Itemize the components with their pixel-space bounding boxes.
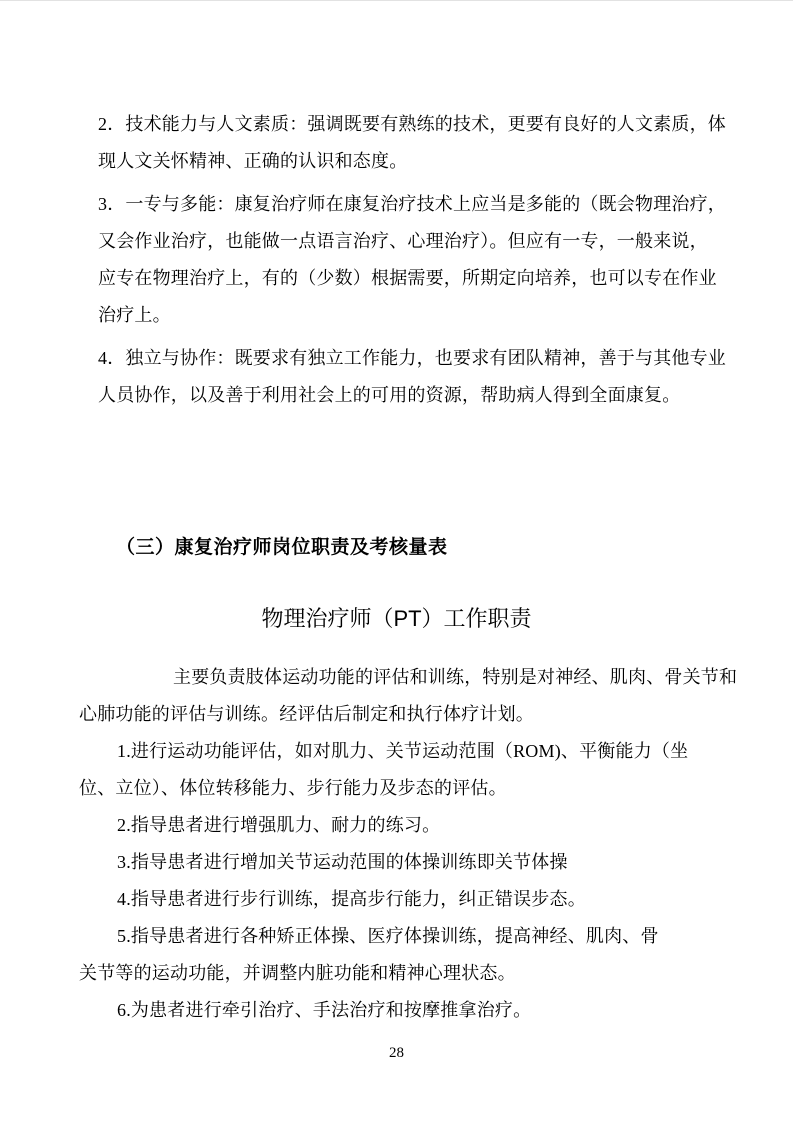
paragraph-line: 治疗上。 xyxy=(98,297,698,334)
duty-item-line: 6.为患者进行牵引治疗、手法治疗和按摩推拿治疗。 xyxy=(79,992,715,1029)
duty-item-line: 关节等的运动功能，并调整内脏功能和精神心理状态。 xyxy=(79,955,715,992)
duty-item-line: 位、立位）、体位转移能力、步行能力及步态的评估。 xyxy=(79,770,715,807)
paragraph-independence-cooperation: 4．独立与协作：既要求有独立工作能力，也要求有团队精神，善于与其他专业 人员协作… xyxy=(98,340,698,414)
duty-item-line: 5.指导患者进行各种矫正体操、医疗体操训练，提高神经、肌肉、骨 xyxy=(79,918,715,955)
section-heading: （三）康复治疗师岗位职责及考核量表 xyxy=(116,533,448,563)
duty-item-line: 2.指导患者进行增强肌力、耐力的练习。 xyxy=(79,807,715,844)
document-subtitle: 物理治疗师（PT）工作职责 xyxy=(0,604,793,634)
paragraph-line: 又会作业治疗，也能做一点语言治疗、心理治疗）。但应有一专，一般来说， xyxy=(98,223,698,260)
paragraph-line: 应专在物理治疗上，有的（少数）根据需要，所期定向培养，也可以专在作业 xyxy=(98,260,698,297)
paragraph-line: 4．独立与协作：既要求有独立工作能力，也要求有团队精神，善于与其他专业 xyxy=(98,340,698,377)
duties-intro-line: 主要负责肢体运动功能的评估和训练，特别是对神经、肌肉、骨关节和 xyxy=(79,659,715,696)
duty-item-line: 1.进行运动功能评估，如对肌力、关节运动范围（ROM)、平衡能力（坐 xyxy=(79,733,715,770)
duty-item-line: 4.指导患者进行步行训练，提高步行能力，纠正错误步态。 xyxy=(79,881,715,918)
paragraph-line: 现人文关怀精神、正确的认识和态度。 xyxy=(98,143,698,180)
paragraph-line: 人员协作，以及善于利用社会上的可用的资源，帮助病人得到全面康复。 xyxy=(98,377,698,414)
paragraph-line: 3．一专与多能：康复治疗师在康复治疗技术上应当是多能的（既会物理治疗， xyxy=(98,186,698,223)
paragraph-specialty-versatility: 3．一专与多能：康复治疗师在康复治疗技术上应当是多能的（既会物理治疗， 又会作业… xyxy=(98,186,698,334)
duty-item-line: 3.指导患者进行增加关节运动范围的体操训练即关节体操 xyxy=(79,844,715,881)
duties-intro-line: 心肺功能的评估与训练。经评估后制定和执行体疗计划。 xyxy=(79,696,715,733)
top-paragraphs-section: 2．技术能力与人文素质：强调既要有熟练的技术，更要有良好的人文素质，体 现人文关… xyxy=(98,106,698,420)
paragraph-line: 2．技术能力与人文素质：强调既要有熟练的技术，更要有良好的人文素质，体 xyxy=(98,106,698,143)
document-page: 2．技术能力与人文素质：强调既要有熟练的技术，更要有良好的人文素质，体 现人文关… xyxy=(0,0,793,1122)
paragraph-technical-ability: 2．技术能力与人文素质：强调既要有熟练的技术，更要有良好的人文素质，体 现人文关… xyxy=(98,106,698,180)
page-number: 28 xyxy=(0,1043,793,1063)
duties-section: 主要负责肢体运动功能的评估和训练，特别是对神经、肌肉、骨关节和 心肺功能的评估与… xyxy=(79,659,715,1029)
